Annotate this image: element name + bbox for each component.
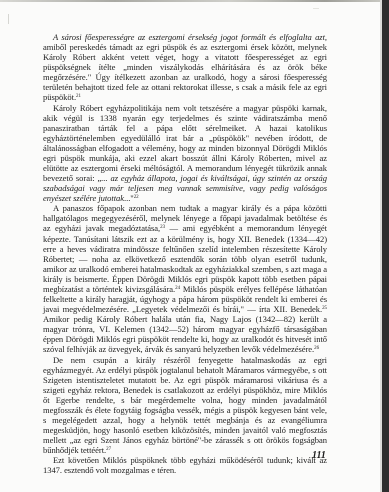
body-text: A sárosi főesperességre az esztergomi ér… bbox=[43, 32, 327, 475]
scan-dark-border bbox=[382, 0, 389, 492]
paragraph-text: Ezt követően Miklós püspöknek több egyhá… bbox=[43, 455, 327, 475]
scan-top-edge bbox=[0, 0, 382, 2]
scan-speck bbox=[8, 14, 9, 24]
paragraph-text: De nem csupán a király részéről fenyeget… bbox=[43, 355, 327, 456]
paragraph-4: De nem csupán a király részéről fenyeget… bbox=[43, 355, 327, 456]
quote-tail: ..." bbox=[124, 193, 134, 203]
paragraph-text: Amikor pedig Károly Róbert halála után f… bbox=[43, 314, 327, 354]
page-number: 111 bbox=[312, 450, 326, 461]
footnote-ref: 25 bbox=[322, 306, 327, 311]
footnote-ref: 27 bbox=[106, 447, 111, 452]
scan-speck bbox=[313, 8, 319, 9]
footnote-ref: 21 bbox=[76, 94, 81, 99]
paragraph-3: A panaszos főpapok azonban nem tudtak a … bbox=[43, 203, 327, 354]
footnote-ref: 22 bbox=[134, 195, 139, 200]
paragraph-2: Károly Róbert egyházpolitikája nem volt … bbox=[43, 103, 327, 204]
italic-lead: A sárosi főesperességre az esztergomi ér… bbox=[53, 32, 325, 42]
paragraph-1: A sárosi főesperességre az esztergomi ér… bbox=[43, 32, 327, 103]
paragraph-text: Károly Róbert egyházpolitikája nem volt … bbox=[43, 103, 327, 184]
paragraph-text: , amiből pereskedés támadt az egri püspö… bbox=[43, 32, 327, 102]
paragraph-5: Ezt követően Miklós püspöknek több egyhá… bbox=[43, 455, 327, 475]
footnote-ref: 26 bbox=[314, 346, 319, 351]
